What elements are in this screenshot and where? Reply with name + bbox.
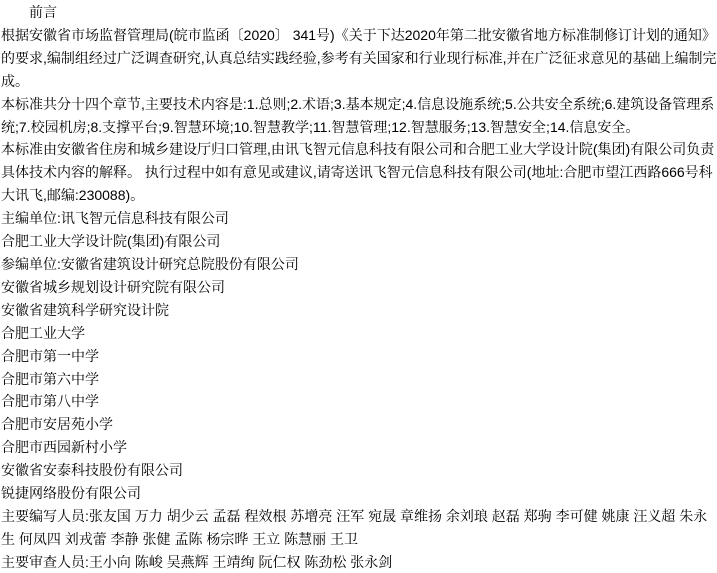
paragraph-chapters: 本标准共分十四个章节,主要技术内容是:1.总则;2.术语;3.基本规定;4.信息…	[1, 93, 717, 139]
unit-line: 合肥市第一中学	[1, 345, 717, 368]
unit-line: 安徽省建筑科学研究设计院	[1, 299, 717, 322]
paragraph-management: 本标准由安徽省住房和城乡建设厅归口管理,由讯飞智元信息科技有限公司和合肥工业大学…	[1, 138, 717, 207]
unit-line: 安徽省安泰科技股份有限公司	[1, 459, 717, 482]
writers-line: 主要编写人员:张友国 万力 胡少云 孟磊 程效根 苏增亮 汪军 宛晟 章维扬 余…	[1, 505, 717, 551]
unit-line: 合肥工业大学	[1, 322, 717, 345]
unit-line: 合肥工业大学设计院(集团)有限公司	[1, 230, 717, 253]
participating-unit-line: 参编单位:安徽省建筑设计研究总院股份有限公司	[1, 253, 717, 276]
unit-line: 合肥市安居苑小学	[1, 413, 717, 436]
paragraph-basis: 根据安徽省市场监督管理局(皖市监函〔2020〕 341号)《关于下达2020年第…	[1, 24, 717, 93]
document-page: 前言 根据安徽省市场监督管理局(皖市监函〔2020〕 341号)《关于下达202…	[0, 0, 717, 573]
foreword-title: 前言	[1, 1, 717, 24]
reviewers-line: 主要审查人员:王小向 陈峻 吴燕辉 王靖绚 阮仁权 陈劲松 张永剑	[1, 551, 717, 573]
unit-line: 锐捷网络股份有限公司	[1, 482, 717, 505]
unit-line: 安徽省城乡规划设计研究院有限公司	[1, 276, 717, 299]
unit-line: 合肥市第六中学	[1, 368, 717, 391]
unit-line: 合肥市西园新村小学	[1, 436, 717, 459]
unit-line: 合肥市第八中学	[1, 390, 717, 413]
chief-editor-unit-line: 主编单位:讯飞智元信息科技有限公司	[1, 207, 717, 230]
